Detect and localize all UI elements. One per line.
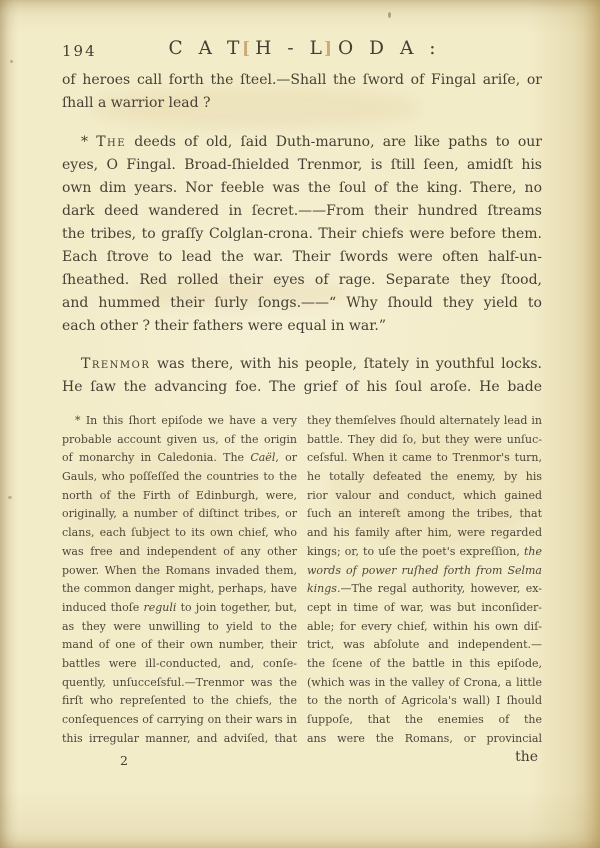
running-header: 194 CATH-LODA: [ ] [62, 38, 542, 62]
footnote-line: (which was in the valley of Crona, a lit… [307, 674, 542, 693]
footnote-line: cept in time of war, was but inconſider- [307, 599, 542, 618]
footnote-line: they themſelves ſhould alternately lead … [307, 412, 542, 431]
text-segment: to join together, but, [176, 601, 297, 614]
italic-phrase: kings. [307, 582, 340, 595]
text-line: each other ? their fathers were equal in… [62, 315, 542, 338]
footnote-line: quently, unſucceſsful.—Trenmor was the [62, 674, 297, 693]
footnote-line: ſuch an intereſt among the tribes, that … [307, 505, 542, 524]
footnote-line: conſequences of carrying on their wars i… [62, 711, 297, 730]
footnote-line: and his family after him, were regarded … [307, 524, 542, 543]
text-line: eyes, O Fingal. Broad-ſhielded Trenmor, … [62, 154, 542, 177]
page-number: 194 [62, 42, 97, 60]
gathering-signature: 2 [120, 753, 128, 768]
ink-speck [8, 496, 12, 499]
footnote-line: trict, was abſolute and independent.—Fro… [307, 636, 542, 655]
footnote-line: of monarchy in Caledonia. The Caël, or [62, 449, 297, 468]
text-line: ſheathed. Red rolled their eyes of rage.… [62, 269, 542, 292]
italic-word: Caël [250, 451, 275, 464]
ink-speck [388, 12, 391, 18]
italic-word: reguli [144, 601, 177, 614]
footnote-line: induced thoſe reguli to join together, b… [62, 599, 297, 618]
text-line: own dim years. Nor feeble was the ſoul o… [62, 177, 542, 200]
footnote-line: ans were the Romans, or provincial Brito… [307, 730, 542, 749]
footnote-line: originally, a number of diſtinct tribes,… [62, 505, 297, 524]
smallcaps-word: The [96, 134, 126, 150]
text-segment: was there, with his people, ſtately in y… [150, 356, 542, 372]
footnote-line: mand of one of their own number, their [62, 636, 297, 655]
footnote-line: firſt who repreſented to the chiefs, the… [62, 692, 297, 711]
paragraph-trenmor: Trenmor was there, with his people, ſtat… [62, 353, 542, 399]
scanned-book-page: 194 CATH-LODA: [ ] of heroes call forth … [0, 0, 600, 848]
footnote-line: probable account given us, of the origin [62, 431, 297, 450]
footnote-line: clans, each ſubject to its own chief, wh… [62, 524, 297, 543]
footnote-line: the common danger might, perhaps, have [62, 580, 297, 599]
footnote-line: Gauls, who poſſeſſed the countries to th… [62, 468, 297, 487]
text-line: ſhall a warrior lead ? [62, 92, 542, 115]
footnote-line: this irregular manner, and adviſed, that [62, 730, 297, 749]
page-footer: 2 the [62, 749, 542, 773]
footnote-line: * In this ſhort epiſode we have a very [62, 412, 297, 431]
italic-phrase: the [524, 545, 542, 558]
page-title: CATH-LODA: [62, 38, 542, 59]
text-segment: , or [275, 451, 297, 464]
showthrough-bracket-mark: ] [324, 39, 332, 59]
catchword: the [515, 749, 538, 765]
footnote-line-italic: words of power ruſhed forth from Selma o… [307, 562, 542, 581]
text-segment: induced thoſe [62, 601, 144, 614]
footnote-line: he totally defeated the enemy, by his ſu… [307, 468, 542, 487]
showthrough-bracket-mark: [ [242, 39, 250, 59]
footnote-line: battle. They did ſo, but they were unſuc… [307, 431, 542, 450]
smallcaps-word: Trenmor [81, 356, 150, 372]
page-content: 194 CATH-LODA: [ ] of heroes call forth … [62, 38, 542, 773]
footnote-line: kings.—The regal authority, however, ex- [307, 580, 542, 599]
footnote-line: kings; or, to uſe the poet's expreſſion,… [307, 543, 542, 562]
footnote-left-column: * In this ſhort epiſode we have a very p… [62, 412, 297, 748]
text-line: the tribes, to graſſy Colglan-crona. The… [62, 223, 542, 246]
footnote-two-columns: * In this ſhort epiſode we have a very p… [62, 412, 542, 748]
text-line: Trenmor was there, with his people, ſtat… [62, 353, 542, 376]
text-line: and hummed their ſurly ſongs.——“ Why ſho… [62, 292, 542, 315]
text-segment: kings; or, to uſe the poet's expreſſion, [307, 545, 524, 558]
footnote-line: ceſsful. When it came to Trenmor's turn, [307, 449, 542, 468]
text-line: of heroes call forth the ſteel.—Shall th… [62, 69, 542, 92]
footnote-asterisk: * [81, 134, 96, 150]
text-line: dark deed wandered in ſecret.——From thei… [62, 200, 542, 223]
footnote-line: rior valour and conduct, which gained hi… [307, 487, 542, 506]
text-segment: of monarchy in Caledonia. The [62, 451, 250, 464]
footnote-line: to the north of Agricola's wall) I ſhoul… [307, 692, 542, 711]
text-line: * The deeds of old, ſaid Duth-maruno, ar… [62, 131, 542, 154]
footnote-line: able; for every chief, within his own di… [307, 618, 542, 637]
footnote-line: was free and independent of any other [62, 543, 297, 562]
footnote-line: battles were ill-conducted, and, conſe- [62, 655, 297, 674]
text-line: He ſaw the advancing foe. The grief of h… [62, 376, 542, 399]
ink-speck [10, 60, 13, 63]
text-segment: —The regal authority, however, ex- [340, 582, 542, 595]
paragraph-duth-maruno-speech: * The deeds of old, ſaid Duth-maruno, ar… [62, 131, 542, 338]
paragraph-continuation: of heroes call forth the ſteel.—Shall th… [62, 69, 542, 115]
footnote-line: power. When the Romans invaded them, [62, 562, 297, 581]
footnote-line: north of the Firth of Edinburgh, were, [62, 487, 297, 506]
footnote-right-column: they themſelves ſhould alternately lead … [307, 412, 542, 748]
footnote-line: as they were unwilling to yield to the c… [62, 618, 297, 637]
text-segment: deeds of old, ſaid Duth-maruno, are like… [126, 134, 542, 150]
footnote-line: the ſcene of the battle in this epiſode, [307, 655, 542, 674]
text-line: Each ſtrove to lead the war. Their ſword… [62, 246, 542, 269]
footnote-line: ſuppoſe, that the enemies of the Caledon… [307, 711, 542, 730]
